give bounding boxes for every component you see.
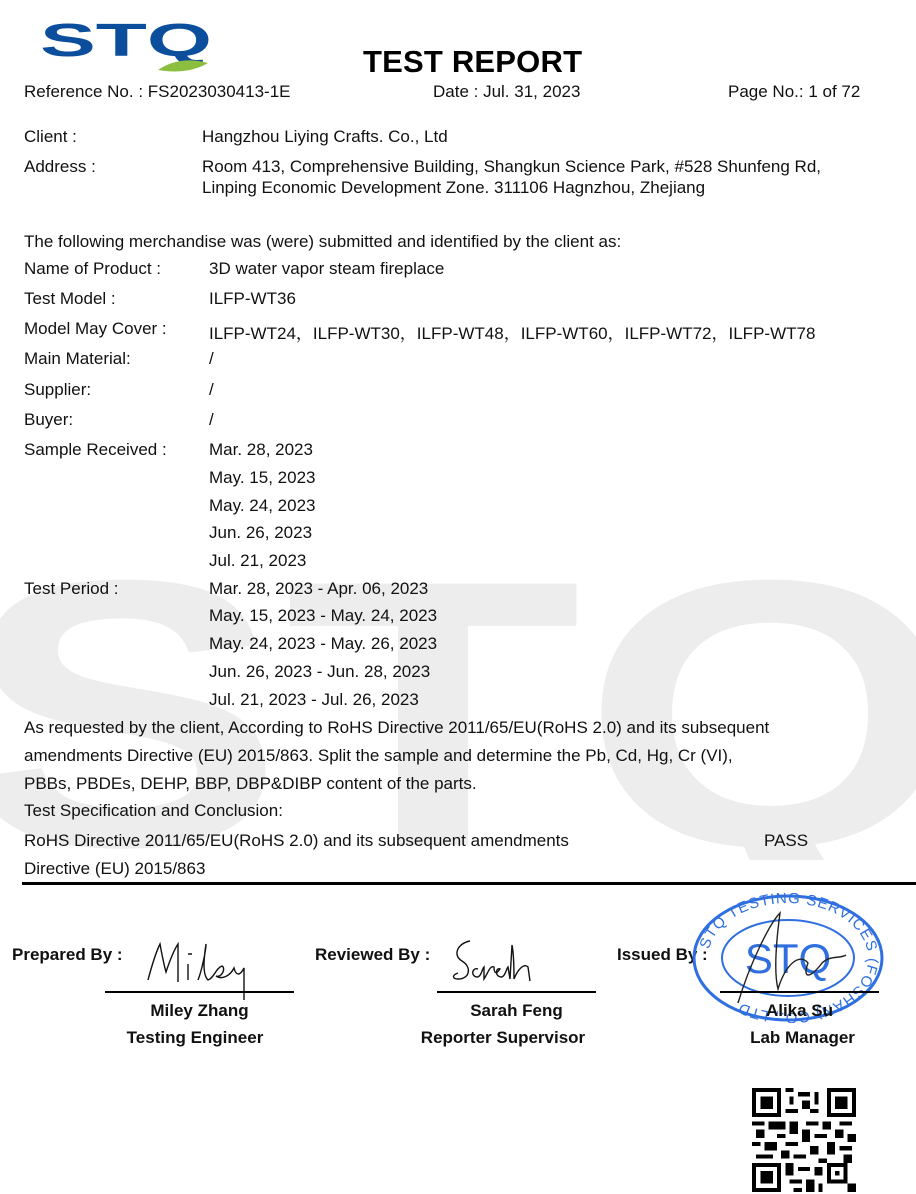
spec-heading: Test Specification and Conclusion:: [24, 801, 283, 821]
reviewed-by-role: Reporter Supervisor: [402, 1028, 604, 1048]
test-model-value: ILFP-WT36: [209, 289, 296, 309]
issued-by-name: Alika Su: [720, 1001, 879, 1021]
sample-received-label: Sample Received :: [24, 440, 167, 460]
reviewed-signature-line: [437, 991, 596, 993]
spec-line: RoHS Directive 2011/65/EU(RoHS 2.0) and …: [24, 831, 569, 851]
product-name-label: Name of Product :: [24, 259, 161, 279]
prepared-signature: [140, 930, 270, 1000]
prepared-by-name: Miley Zhang: [105, 1001, 294, 1021]
spec-line: Directive (EU) 2015/863: [24, 859, 205, 879]
buyer-label: Buyer:: [24, 410, 73, 430]
sample-received-date: Mar. 28, 2023: [209, 440, 313, 460]
reviewed-by-label: Reviewed By :: [315, 945, 430, 965]
main-material-label: Main Material:: [24, 349, 131, 369]
address-line-1: Room 413, Comprehensive Building, Shangk…: [202, 157, 821, 177]
address-line-2: Linping Economic Development Zone. 31110…: [202, 178, 705, 198]
supplier-label: Supplier:: [24, 380, 91, 400]
sample-received-date: Jul. 21, 2023: [209, 551, 306, 571]
prepared-signature-line: [105, 991, 294, 993]
reference-number: Reference No. : FS2023030413-1E: [24, 82, 291, 102]
reviewed-by-name: Sarah Feng: [437, 1001, 596, 1021]
test-period-range: Jun. 26, 2023 - Jun. 28, 2023: [209, 662, 430, 682]
svg-text:STQ: STQ: [40, 18, 212, 66]
prepared-by-role: Testing Engineer: [100, 1028, 290, 1048]
client-value: Hangzhou Liying Crafts. Co., Ltd: [202, 127, 448, 147]
address-label: Address :: [24, 157, 96, 177]
page-number: Page No.: 1 of 72: [728, 82, 860, 102]
issued-signature-line: [720, 991, 879, 993]
test-period-range: Mar. 28, 2023 - Apr. 06, 2023: [209, 579, 428, 599]
request-text-line: amendments Directive (EU) 2015/863. Spli…: [24, 746, 733, 766]
report-date: Date : Jul. 31, 2023: [433, 82, 580, 102]
merchandise-intro: The following merchandise was (were) sub…: [24, 232, 621, 252]
sample-received-date: May. 24, 2023: [209, 496, 315, 516]
stq-logo: STQ: [40, 18, 220, 76]
request-text-line: As requested by the client, According to…: [24, 718, 769, 738]
test-period-label: Test Period :: [24, 579, 119, 599]
product-name-value: 3D water vapor steam fireplace: [209, 259, 444, 279]
main-material-value: /: [209, 349, 214, 369]
prepared-by-label: Prepared By :: [12, 945, 123, 965]
supplier-value: /: [209, 380, 214, 400]
sample-received-date: May. 15, 2023: [209, 468, 315, 488]
svg-text:STQ: STQ: [745, 935, 831, 982]
test-model-label: Test Model :: [24, 289, 116, 309]
client-label: Client :: [24, 127, 77, 147]
test-period-range: Jul. 21, 2023 - Jul. 26, 2023: [209, 690, 419, 710]
model-cover-label: Model May Cover :: [24, 319, 167, 339]
model-cover-value: ILFP-WT24，ILFP-WT30，ILFP-WT48，ILFP-WT60，…: [209, 319, 815, 344]
reviewed-signature: [448, 935, 548, 990]
test-period-range: May. 24, 2023 - May. 26, 2023: [209, 634, 437, 654]
issued-by-role: Lab Manager: [720, 1028, 885, 1048]
conclusion-result: PASS: [764, 831, 808, 851]
section-divider: [22, 882, 916, 885]
buyer-value: /: [209, 410, 214, 430]
sample-received-date: Jun. 26, 2023: [209, 523, 312, 543]
request-text-line: PBBs, PBDEs, DEHP, BBP, DBP&DIBP content…: [24, 774, 477, 794]
report-title: TEST REPORT: [363, 44, 582, 80]
qr-code[interactable]: [752, 1088, 856, 1192]
test-period-range: May. 15, 2023 - May. 24, 2023: [209, 606, 437, 626]
